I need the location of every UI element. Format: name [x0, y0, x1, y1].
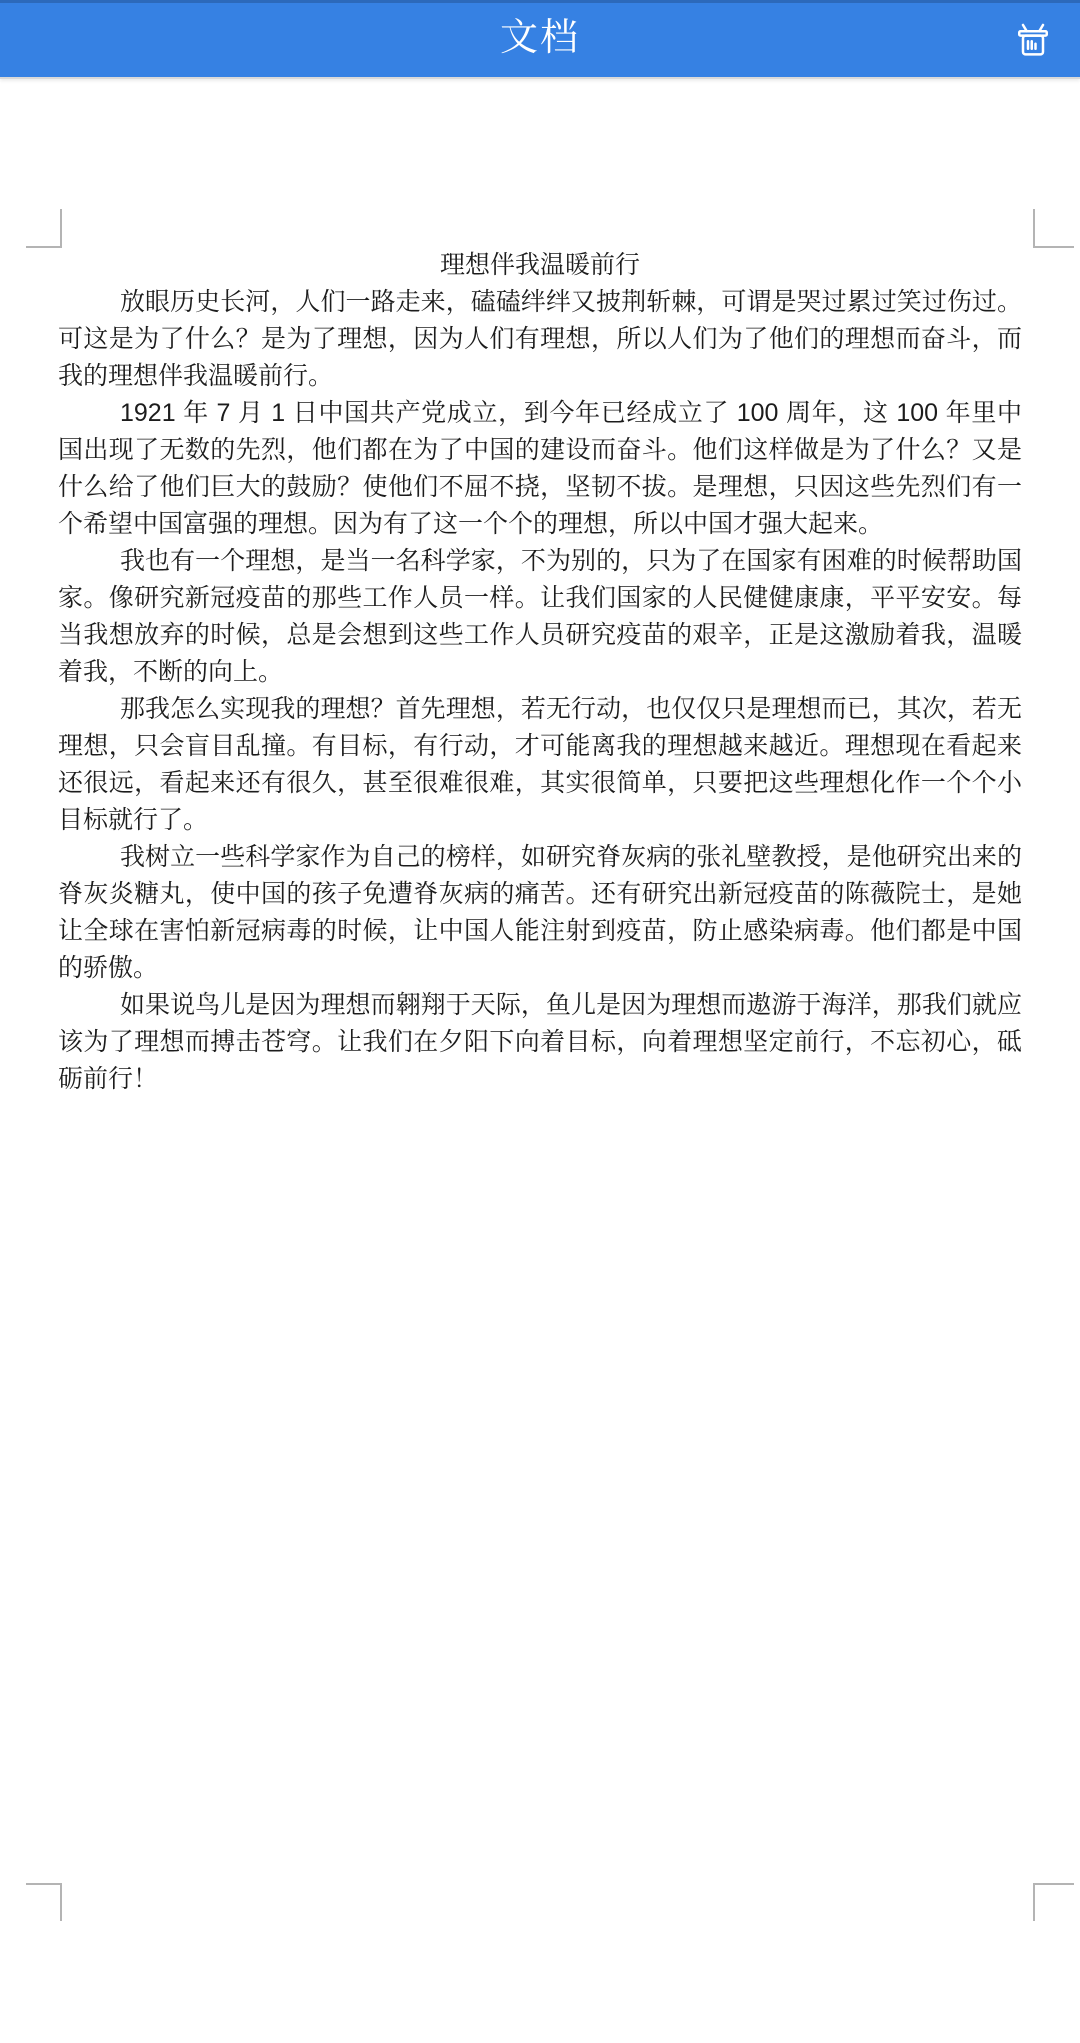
- document-title: 理想伴我温暖前行: [58, 247, 1022, 284]
- document-page[interactable]: 理想伴我温暖前行 放眼历史长河，人们一路走来，磕磕绊绊又披荆斩棘，可谓是哭过累过…: [58, 247, 1022, 1098]
- document-paragraph: 我树立一些科学家作为自己的榜样，如研究脊灰病的张礼壁教授，是他研究出来的脊灰炎糖…: [58, 839, 1022, 987]
- document-paragraph: 放眼历史长河，人们一路走来，磕磕绊绊又披荆斩棘，可谓是哭过累过笑过伤过。可这是为…: [58, 284, 1022, 395]
- document-paragraph: 那我怎么实现我的理想？首先理想，若无行动，也仅仅只是理想而已，其次，若无理想，只…: [58, 691, 1022, 839]
- page-corner-mark-top-left: [26, 209, 62, 248]
- app-bar-title: 文档: [500, 0, 580, 77]
- screen: 文档 理想伴我: [0, 0, 1080, 2043]
- page-corner-mark-bottom-left: [26, 1883, 62, 1921]
- trash-bin-icon: [1013, 20, 1053, 60]
- app-header: 文档: [0, 0, 1080, 79]
- statusbar-shadow: [0, 0, 1080, 3]
- trash-button[interactable]: [1010, 17, 1056, 63]
- page-corner-mark-top-right: [1033, 209, 1074, 248]
- document-paragraph: 如果说鸟儿是因为理想而翱翔于天际，鱼儿是因为理想而遨游于海洋，那我们就应该为了理…: [58, 987, 1022, 1098]
- page-corner-mark-bottom-right: [1033, 1883, 1074, 1921]
- document-paragraph: 1921 年 7 月 1 日中国共产党成立，到今年已经成立了 100 周年，这 …: [58, 395, 1022, 543]
- document-paragraph: 我也有一个理想，是当一名科学家，不为别的，只为了在国家有困难的时候帮助国家。像研…: [58, 543, 1022, 691]
